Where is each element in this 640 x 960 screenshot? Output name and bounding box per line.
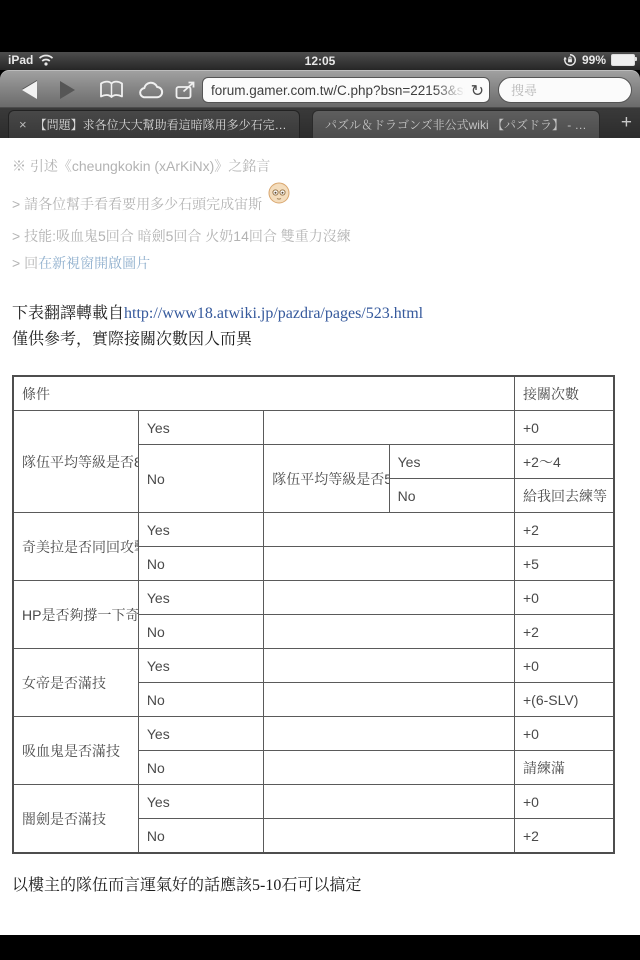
yes-cell: Yes <box>138 649 263 683</box>
condition-cell: HP是否夠撐一下奇美拉的普攻(14580/14370/14130) <box>13 581 138 649</box>
bookmarks-button[interactable] <box>98 71 125 109</box>
new-tab-button[interactable]: + <box>621 108 632 138</box>
empty-cell <box>264 615 515 649</box>
share-button[interactable] <box>174 71 199 109</box>
result-cell: 給我回去練等 <box>515 479 615 513</box>
result-cell: +2 <box>515 819 615 854</box>
open-book-icon <box>98 80 125 100</box>
status-bar: iPad 12:05 99% <box>0 52 640 70</box>
yes-cell: Yes <box>138 411 263 445</box>
empty-cell <box>264 649 515 683</box>
empty-cell <box>264 581 515 615</box>
header-result: 接關次數 <box>515 376 615 411</box>
no-cell: No <box>138 751 263 785</box>
result-cell: +0 <box>515 717 615 751</box>
tab-active[interactable]: × 【問題】求各位大大幫助看這暗隊用多少石完成宙斯... <box>8 110 300 138</box>
result-cell: +5 <box>515 547 615 581</box>
open-image-link[interactable]: 在新視窗開啟圖片 <box>38 255 150 271</box>
no-cell: No <box>138 683 263 717</box>
source-url-link[interactable]: http://www18.atwiki.jp/pazdra/pages/523.… <box>124 305 423 322</box>
url-text: forum.gamer.com.tw/C.php?bsn=22153&snA <box>211 83 465 98</box>
empty-cell <box>264 785 515 819</box>
yes-cell: Yes <box>138 581 263 615</box>
table-row: 隊伍平均等級是否80等以上 Yes +0 <box>13 411 614 445</box>
table-header-row: 條件 接關次數 <box>13 376 614 411</box>
table-row: 奇美拉是否同回攻擊(11/13/33) Yes +2 <box>13 513 614 547</box>
cloud-icon <box>136 81 164 100</box>
no-cell: No <box>138 615 263 649</box>
yes-cell: Yes <box>138 785 263 819</box>
yes-cell: Yes <box>138 717 263 751</box>
quote-line-2: > 技能:吸血鬼5回合 暗劍5回合 火奶14回合 雙重力沒練 <box>12 226 351 246</box>
retry-count-table: 條件 接關次數 隊伍平均等級是否80等以上 Yes +0 No 隊伍平均等級是否… <box>12 375 615 854</box>
close-icon[interactable]: × <box>19 117 27 132</box>
table-row: 闇劍是否滿技 Yes +0 <box>13 785 614 819</box>
condition-cell: 闇劍是否滿技 <box>13 785 138 854</box>
table-row: 女帝是否滿技 Yes +0 <box>13 649 614 683</box>
empty-cell <box>264 411 515 445</box>
empty-cell <box>264 717 515 751</box>
no-cell: No <box>138 547 263 581</box>
condition-cell: 奇美拉是否同回攻擊(11/13/33) <box>13 513 138 581</box>
reload-icon[interactable]: ↻ <box>471 81 484 101</box>
empty-cell <box>264 819 515 854</box>
empty-cell <box>264 751 515 785</box>
header-condition: 條件 <box>13 376 515 411</box>
result-cell: +2 <box>515 615 615 649</box>
forward-button[interactable] <box>60 71 75 109</box>
tab-title: 【問題】求各位大大幫助看這暗隊用多少石完成宙斯... <box>35 116 299 133</box>
search-input[interactable] <box>498 77 632 103</box>
icloud-tabs-button[interactable] <box>136 71 164 109</box>
quote-line-1: > 請各位幫手看看要用多少石頭完成宙斯 <box>12 191 292 220</box>
back-arrow-icon <box>22 81 37 99</box>
battery-percent: 99% <box>582 53 606 67</box>
table-row: HP是否夠撐一下奇美拉的普攻(14580/14370/14130) Yes +0 <box>13 581 614 615</box>
no-cell: No <box>389 479 514 513</box>
back-button[interactable] <box>22 71 37 109</box>
tab-bar: × 【問題】求各位大大幫助看這暗隊用多少石完成宙斯... パズル＆ドラゴンズ非公… <box>0 108 640 138</box>
source-line: 下表翻譯轉載自http://www18.atwiki.jp/pazdra/pag… <box>12 300 423 323</box>
clock: 12:05 <box>0 54 640 68</box>
result-cell: +0 <box>515 581 615 615</box>
safari-toolbar: forum.gamer.com.tw/C.php?bsn=22153&snA ↻ <box>0 70 640 108</box>
forward-arrow-icon <box>60 81 75 99</box>
condition-cell: 女帝是否滿技 <box>13 649 138 717</box>
address-bar[interactable]: forum.gamer.com.tw/C.php?bsn=22153&snA ↻ <box>202 77 490 103</box>
tab-title: パズル＆ドラゴンズ非公式wiki 【パズドラ】 - ゼウス... <box>313 116 599 133</box>
table-row: 吸血鬼是否滿技 Yes +0 <box>13 717 614 751</box>
ipad-screen: iPad 12:05 99% <box>0 0 640 960</box>
quote-header: ※ 引述《cheungkokin (xArKiNx)》之銘言 <box>12 156 270 176</box>
quote-line-3: > 回在新視窗開啟圖片 <box>12 253 150 273</box>
yes-cell: Yes <box>138 513 263 547</box>
yes-cell: Yes <box>389 445 514 479</box>
note-line: 僅供參考，實際接關次數因人而異 <box>12 326 252 349</box>
sub-condition-cell: 隊伍平均等級是否50等以上 <box>264 445 389 513</box>
result-cell: +2～4 <box>515 445 615 479</box>
rotation-lock-icon <box>563 53 577 67</box>
share-icon <box>174 80 199 101</box>
battery-icon <box>611 54 635 66</box>
no-cell: No <box>138 819 263 854</box>
result-cell: +0 <box>515 649 615 683</box>
condition-cell: 隊伍平均等級是否80等以上 <box>13 411 138 513</box>
empty-cell <box>264 683 515 717</box>
result-cell: +0 <box>515 411 615 445</box>
condition-cell: 吸血鬼是否滿技 <box>13 717 138 785</box>
conclusion-line: 以樓主的隊伍而言運氣好的話應該5-10石可以搞定 <box>12 872 361 895</box>
result-cell: +(6-SLV) <box>515 683 615 717</box>
tab-inactive[interactable]: パズル＆ドラゴンズ非公式wiki 【パズドラ】 - ゼウス... <box>312 110 600 138</box>
result-cell: 請練滿 <box>515 751 615 785</box>
empty-cell <box>264 513 515 547</box>
result-cell: +2 <box>515 513 615 547</box>
no-cell: No <box>138 445 263 513</box>
result-cell: +0 <box>515 785 615 819</box>
surprised-face-emoticon <box>266 179 292 208</box>
page-content: ※ 引述《cheungkokin (xArKiNx)》之銘言 > 請各位幫手看看… <box>0 138 640 935</box>
empty-cell <box>264 547 515 581</box>
